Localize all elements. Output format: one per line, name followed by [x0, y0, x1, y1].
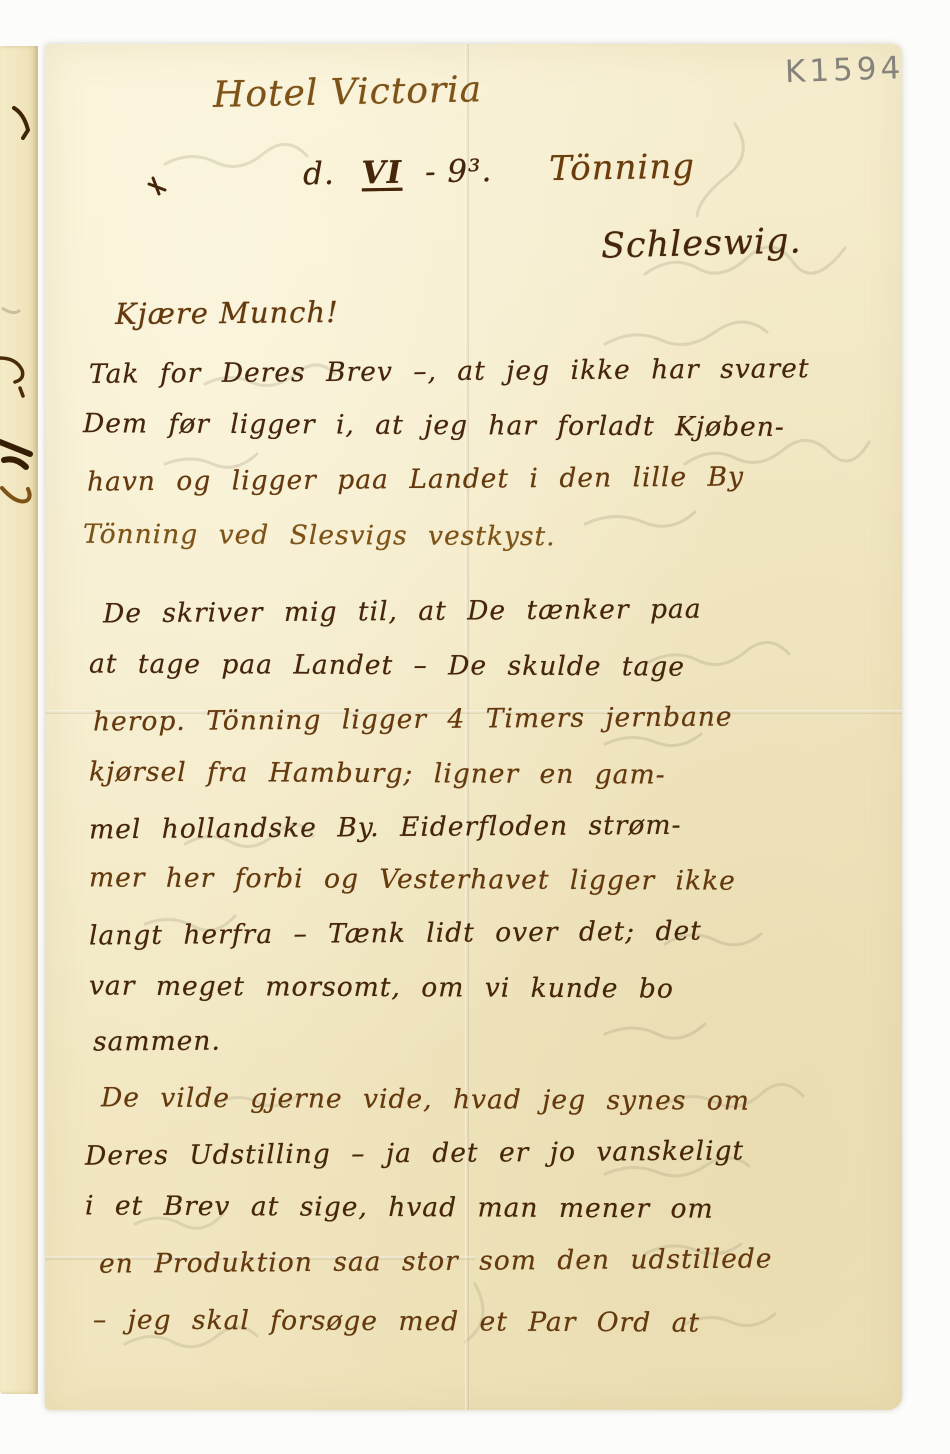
letterhead-place: Tönning: [549, 147, 696, 190]
letter-line: havn og ligger paa Landet i den lille By: [87, 461, 744, 497]
date-prefix: d.: [303, 156, 335, 193]
letter-line: Tak for Deres Brev –, at jeg ikke har sv…: [89, 353, 810, 390]
scanned-letter: K1594 Hotel Victoria d. VI - 9³. Tönning…: [0, 0, 950, 1454]
date-month-roman: VI: [361, 155, 402, 192]
letter-line: kjørsel fra Hamburg; ligner en gam-: [89, 756, 666, 790]
letter-line: De vilde gjerne vide, hvad jeg synes om: [101, 1082, 750, 1116]
letter-line: at tage paa Landet – De skulde tage: [89, 648, 685, 682]
date-year: - 9³.: [425, 153, 493, 190]
letter-line: var meget morsomt, om vi kunde bo: [89, 970, 674, 1004]
letter-line: sammen.: [93, 1025, 221, 1057]
letter-line: langt herfra – Tænk lidt over det; det: [89, 916, 702, 952]
letter-line: mer her forbi og Vesterhavet ligger ikke: [89, 862, 736, 896]
catalog-number: K1594: [784, 50, 915, 91]
letter-line: Dem før ligger i, at jeg har forladt Kjø…: [83, 408, 785, 443]
letter-line: Deres Udstilling – ja det er jo vanskeli…: [85, 1135, 744, 1171]
salutation: Kjære Munch!: [115, 295, 339, 331]
letter-line: i et Brev at sige, hvad man mener om: [85, 1190, 714, 1224]
letter-page: K1594 Hotel Victoria d. VI - 9³. Tönning…: [45, 44, 902, 1410]
letterhead-hotel: Hotel Victoria: [213, 69, 483, 116]
adjacent-page-ink-fragments: [0, 46, 38, 1394]
letter-line: en Produktion saa stor som den udstilled…: [99, 1243, 773, 1279]
letterhead-dateline: d. VI - 9³. Tönning: [303, 147, 696, 194]
adjacent-page-edge: [0, 46, 38, 1394]
letter-line: herop. Tönning ligger 4 Timers jernbane: [93, 701, 733, 737]
letter-line: De skriver mig til, at De tænker paa: [103, 594, 702, 630]
letter-line: – jeg skal forsøge med et Par Ord at: [93, 1304, 700, 1338]
letter-line: Tönning ved Slesvigs vestkyst.: [83, 519, 556, 552]
letterhead-region: Schleswig.: [601, 221, 803, 266]
letter-line: mel hollandske By. Eiderfloden strøm-: [89, 810, 682, 846]
